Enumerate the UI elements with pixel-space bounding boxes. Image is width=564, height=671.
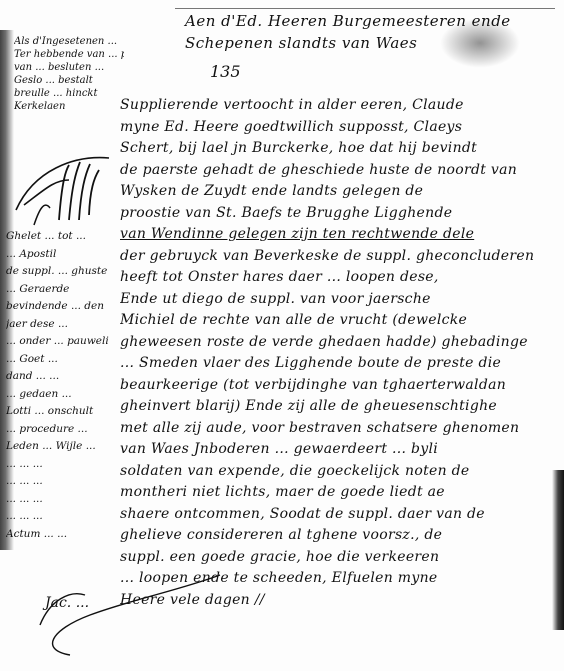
margin-note: Ter hebbende van ... proces ... soffy: [14, 48, 124, 61]
folio-number: 135: [210, 62, 241, 81]
body-line: van Waes Jnboderen ... gewaerdeert ... b…: [120, 439, 560, 461]
body-line: myne Ed. Heere goedtwillich supposst, Cl…: [120, 117, 560, 139]
margin-note: ... procedure ...: [6, 421, 124, 439]
margin-note: Als d'Ingesetenen ...: [14, 35, 124, 48]
closing-signature: Jac. ...: [45, 595, 89, 611]
margin-note: ... ... ...: [6, 491, 124, 509]
body-line: met alle zij aude, voor bestraven schats…: [120, 418, 560, 440]
body-line: der gebruyck van Beverkeske de suppl. gh…: [120, 246, 560, 268]
margin-note: breulle ... hinckt: [14, 87, 124, 100]
body-line: montheri niet lichts, maer de goede lied…: [120, 482, 560, 504]
body-line: heeft tot Onster hares daer ... loopen d…: [120, 267, 560, 289]
body-line: gheweesen roste de verde ghedaen hadde) …: [120, 332, 560, 354]
petition-body: Supplierende vertoocht in alder eeren, C…: [120, 95, 560, 611]
margin-note: jaer dese ...: [6, 316, 124, 334]
margin-note: Lotti ... onschult: [6, 403, 124, 421]
manuscript-page: Aen d'Ed. Heeren Burgemeesteren ende Sch…: [0, 0, 564, 671]
margin-note: ... ... ...: [6, 508, 124, 526]
margin-note: Kerkelaen: [14, 100, 124, 113]
body-line: de paerste gehadt de gheschiede huste de…: [120, 160, 560, 182]
margin-note: ... Apostil: [6, 246, 124, 264]
margin-note: ... Goet ...: [6, 351, 124, 369]
body-line: Supplierende vertoocht in alder eeren, C…: [120, 95, 560, 117]
margin-note: de suppl. ... ghuste: [6, 263, 124, 281]
body-line: gheinvert blarij) Ende zij alle de gheue…: [120, 396, 560, 418]
margin-note: ... gedaen ...: [6, 386, 124, 404]
body-line: proostie van St. Baefs te Brugghe Ligghe…: [120, 203, 560, 225]
body-line: ghelieve considereren al tghene voorsz.,…: [120, 525, 560, 547]
body-line: ... Smeden vlaer des Ligghende boute de …: [120, 353, 560, 375]
body-line: shaere ontcommen, Soodat de suppl. daer …: [120, 504, 560, 526]
closing-signature-flourish-icon: [30, 570, 230, 660]
margin-note: ... ... ...: [6, 456, 124, 474]
margin-note: ... ... ...: [6, 473, 124, 491]
body-line: soldaten van expende, die goeckelijck no…: [120, 461, 560, 483]
body-line: beaurkeerige (tot verbijdinghe van tghae…: [120, 375, 560, 397]
margin-notes-top: Als d'Ingesetenen ... Ter hebbende van .…: [14, 35, 124, 113]
heading-line-1: Aen d'Ed. Heeren Burgemeesteren ende Sch…: [185, 10, 555, 54]
margin-note: Geslo ... bestalt: [14, 74, 124, 87]
margin-note: dand ... ...: [6, 368, 124, 386]
document-heading: Aen d'Ed. Heeren Burgemeesteren ende Sch…: [185, 10, 555, 54]
margin-note: Actum ... ...: [6, 526, 124, 544]
margin-note: Leden ... Wijle ...: [6, 438, 124, 456]
signature-flourish-icon: [14, 150, 114, 230]
margin-note: ... Geraerde: [6, 281, 124, 299]
body-line: van Wendinne gelegen zijn ten rechtwende…: [120, 224, 560, 246]
body-line: Ende ut diego de suppl. van voor jaersch…: [120, 289, 560, 311]
margin-note: van ... besluten ...: [14, 61, 124, 74]
body-line: Schert, bij lael jn Burckerke, hoe dat h…: [120, 138, 560, 160]
paper-top-edge: [175, 8, 555, 9]
margin-note: ... onder ... pauweli: [6, 333, 124, 351]
margin-note: Ghelet ... tot ...: [6, 228, 124, 246]
body-line: Wysken de Zuydt ende landts gelegen de: [120, 181, 560, 203]
margin-note: bevindende ... den: [6, 298, 124, 316]
margin-notes-lower: Ghelet ... tot ... ... Apostil de suppl.…: [6, 228, 124, 543]
body-line: suppl. een goede gracie, hoe die verkeer…: [120, 547, 560, 569]
body-line: Michiel de rechte van alle de vrucht (de…: [120, 310, 560, 332]
